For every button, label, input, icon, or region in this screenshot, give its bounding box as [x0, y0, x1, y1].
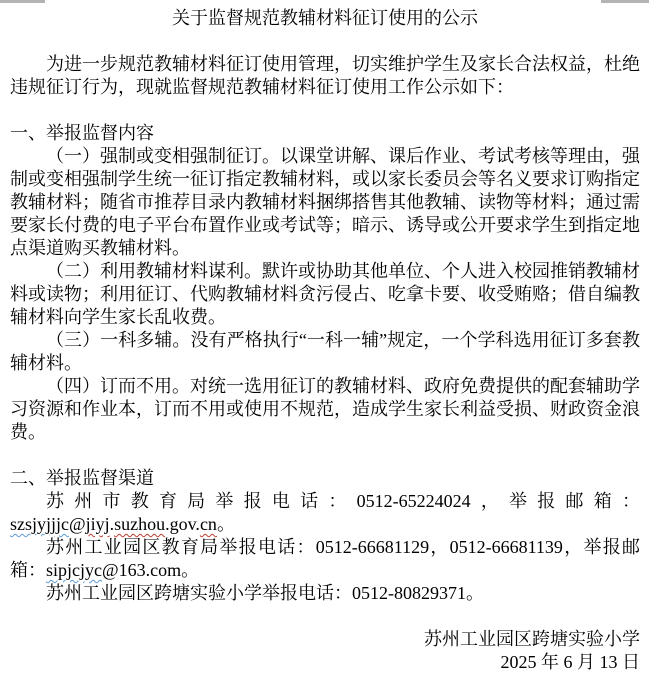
email-segment: cn [200, 514, 217, 534]
report-item: （三）一科多辅。没有严格执行“一科一辅”规定，一个学科选用征订多套教辅材料。 [10, 329, 640, 375]
section1-items: （一）强制或变相强制征订。以课堂讲解、课后作业、考试考核等理由，强制或变相强制学… [10, 145, 640, 444]
section2-heading: 二、举报监督渠道 [10, 467, 640, 490]
email-segment: @ [69, 514, 86, 534]
signature-org: 苏州工业园区跨塘实验小学 [10, 628, 640, 651]
channel-line: 苏州工业园区教育局举报电话：0512-66681129，0512-6668113… [10, 536, 640, 582]
email-segment: jiyj [86, 514, 110, 534]
section2-channels: 苏州市教育局举报电话：0512-65224024，举报邮箱：szsjyjjjc@… [10, 490, 640, 605]
signature-block: 苏州工业园区跨塘实验小学 2025 年 6 月 13 日 [10, 628, 640, 674]
email-segment: sipjcjyc [46, 560, 102, 580]
email-segment: suzhou [114, 514, 165, 534]
page-edge-fragment-right [601, 0, 649, 3]
section1-heading: 一、举报监督内容 [10, 122, 640, 145]
email-segment: szsjyjjjc [10, 514, 69, 534]
document-content: 关于监督规范教辅材料征订使用的公示 为进一步规范教辅材料征订使用管理，切实维护学… [0, 0, 649, 674]
email-segment: @163.com [102, 560, 181, 580]
report-item: （一）强制或变相强制征订。以课堂讲解、课后作业、考试考核等理由，强制或变相强制学… [10, 145, 640, 260]
channel-line: 苏州工业园区跨塘实验小学举报电话：0512-80829371。 [10, 582, 640, 605]
report-item: （二）利用教辅材料谋利。默许或协助其他单位、个人进入校园推销教辅材料或读物；利用… [10, 260, 640, 329]
page-edge-fragment-left [0, 0, 45, 3]
channel-line: 苏州市教育局举报电话：0512-65224024，举报邮箱：szsjyjjjc@… [10, 490, 640, 536]
report-item: （四）订而不用。对统一选用征订的教辅材料、政府免费提供的配套辅助学习资源和作业本… [10, 375, 640, 444]
intro-paragraph: 为进一步规范教辅材料征订使用管理，切实维护学生及家长合法权益，杜绝违规征订行为，… [10, 53, 640, 99]
email-segment: .gov. [165, 514, 200, 534]
signature-date: 2025 年 6 月 13 日 [10, 651, 640, 674]
notice-document: 关于监督规范教辅材料征订使用的公示 为进一步规范教辅材料征订使用管理，切实维护学… [0, 0, 649, 678]
page-title: 关于监督规范教辅材料征订使用的公示 [10, 7, 640, 30]
